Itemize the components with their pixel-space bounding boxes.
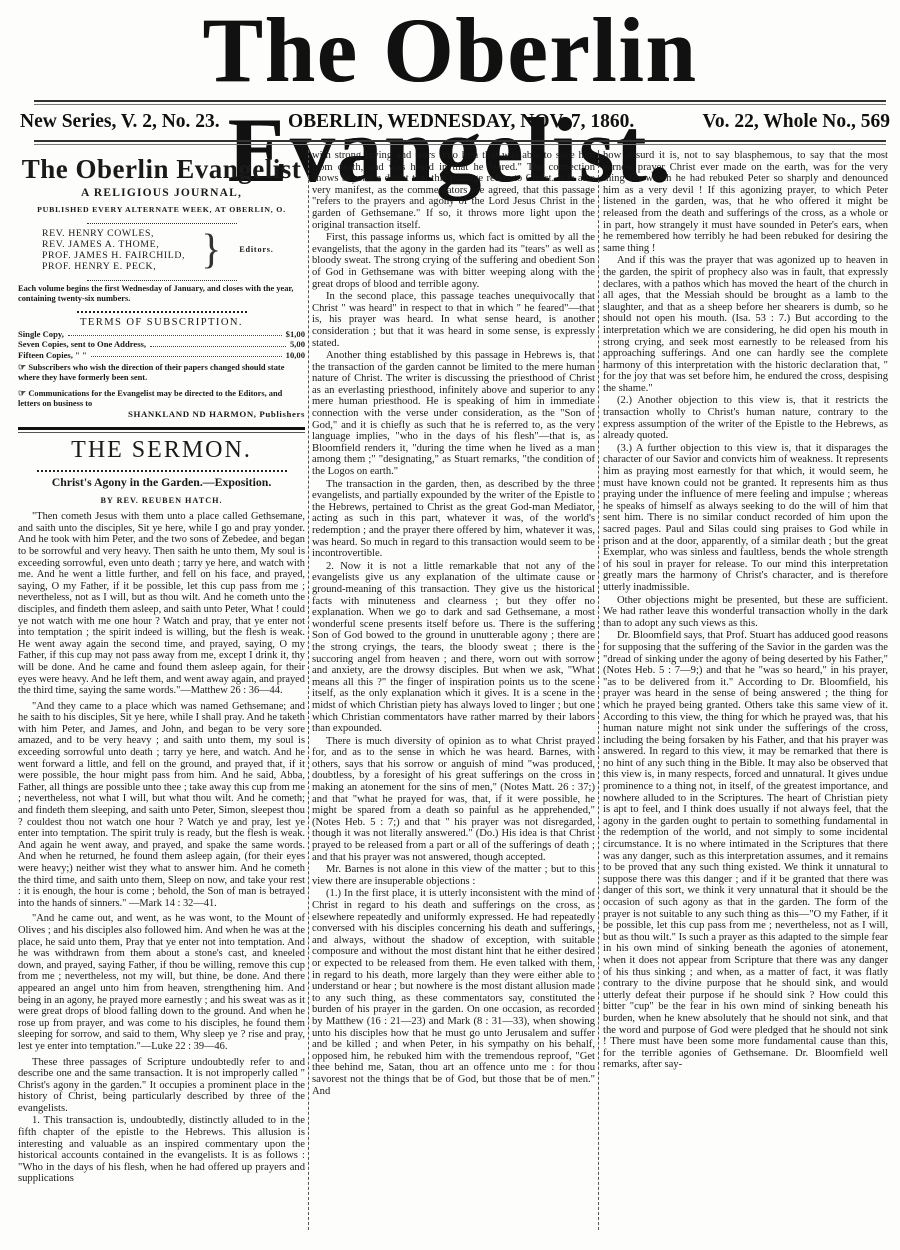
price-row: Fifteen Copies, " "10,00 <box>18 350 305 360</box>
editor-name: REV. JAMES A. THOME, <box>42 239 185 250</box>
subscriber-note: ☞ Subscribers who wish the direction of … <box>18 362 305 383</box>
ornamental-rule <box>87 218 237 224</box>
body-paragraph: There is much diversity of opinion as to… <box>312 736 595 864</box>
price-row: Seven Copies, sent to One Address,5,00 <box>18 339 305 349</box>
editor-name: REV. HENRY COWLES, <box>42 228 185 239</box>
series-number: New Series, V. 2, No. 23. <box>20 111 220 133</box>
info-box-title: The Oberlin Evangelist <box>18 152 305 186</box>
editor-name: PROF. HENRY E. PECK, <box>42 261 185 272</box>
body-paragraph: Dr. Bloomfield says, that Prof. Stuart h… <box>603 630 888 1071</box>
publishers: SHANKLAND ND HARMON, Publishers <box>18 409 305 421</box>
volume-note: Each volume begins the first Wednesday o… <box>18 284 305 304</box>
publication-frequency: PUBLISHED EVERY ALTERNATE WEEK, AT OBERL… <box>18 204 305 216</box>
body-paragraph: Mr. Barnes is not alone in this view of … <box>312 864 595 887</box>
body-paragraph: Other objections might be presented, but… <box>603 595 888 630</box>
body-paragraph: First, this passage informs us, which fa… <box>312 232 595 290</box>
column-divider <box>598 150 599 1230</box>
ornamental-rule <box>37 466 287 472</box>
section-heading: THE SERMON. <box>18 437 305 463</box>
column-middle: with strong crying and tears unto him th… <box>312 150 595 1098</box>
scripture-passage: "And they came to a place which was name… <box>18 701 305 910</box>
article-title: Christ's Agony in the Garden.—Exposition… <box>18 475 305 490</box>
communications-note: ☞ Communications for the Evangelist may … <box>18 388 305 409</box>
column-left: The Oberlin Evangelist A RELIGIOUS JOURN… <box>18 150 305 1186</box>
journal-subtitle: A RELIGIOUS JOURNAL, <box>18 188 305 200</box>
pointing-hand-icon: ☞ <box>18 362 28 372</box>
scripture-passage: "Then cometh Jesus with them unto a plac… <box>18 511 305 697</box>
body-paragraph: And if this was the prayer that was agon… <box>603 255 888 394</box>
masthead-rule-top <box>34 100 886 105</box>
body-paragraph: (1.) In the first place, it is utterly i… <box>312 888 595 1097</box>
scripture-passage: "And he came out, and went, as he was wo… <box>18 913 305 1052</box>
volume-number: Vo. 22, Whole No., 569 <box>703 111 890 133</box>
article-byline: BY REV. REUBEN HATCH. <box>18 495 305 507</box>
body-paragraph: (3.) A further objection to this view is… <box>603 443 888 594</box>
brace-icon: } <box>201 228 221 272</box>
masthead: The Oberlin Evangelist. <box>0 0 900 108</box>
issue-info-line: New Series, V. 2, No. 23. OBERLIN, WEDNE… <box>20 107 890 137</box>
terms-heading: TERMS OF SUBSCRIPTION. <box>18 317 305 329</box>
publication-info-box: The Oberlin Evangelist A RELIGIOUS JOURN… <box>18 152 305 421</box>
editors-list: REV. HENRY COWLES, REV. JAMES A. THOME, … <box>42 228 185 272</box>
section-rule <box>18 427 305 433</box>
body-paragraph: 1. This transaction is, undoubtedly, dis… <box>18 1115 305 1185</box>
body-paragraph: These three passages of Scripture undoub… <box>18 1057 305 1115</box>
dateline: OBERLIN, WEDNESDAY, NOV. 7, 1860. <box>288 111 634 133</box>
body-paragraph: 2. Now it is not a little remarkable tha… <box>312 561 595 735</box>
column-right: how absurd it is, not to say blasphemous… <box>603 150 888 1072</box>
editors-label: Editors. <box>239 244 273 256</box>
body-paragraph: In the second place, this passage teache… <box>312 291 595 349</box>
price-row: Single Copy,$1,00 <box>18 329 305 339</box>
editor-name: PROF. JAMES H. FAIRCHILD, <box>42 250 185 261</box>
pointing-hand-icon: ☞ <box>18 388 28 398</box>
editors-block: REV. HENRY COWLES, REV. JAMES A. THOME, … <box>42 228 305 272</box>
body-paragraph: (2.) Another objection to this view is, … <box>603 395 888 441</box>
body-paragraph: Another thing established by this passag… <box>312 350 595 478</box>
masthead-rule-bottom <box>34 140 886 145</box>
body-paragraph: The transaction in the garden, then, as … <box>312 479 595 560</box>
body-paragraph: how absurd it is, not to say blasphemous… <box>603 150 888 254</box>
column-divider <box>308 150 309 1230</box>
body-paragraph: with strong crying and tears unto him th… <box>312 150 595 231</box>
ornamental-rule <box>77 307 247 313</box>
ornamental-rule <box>87 275 237 281</box>
